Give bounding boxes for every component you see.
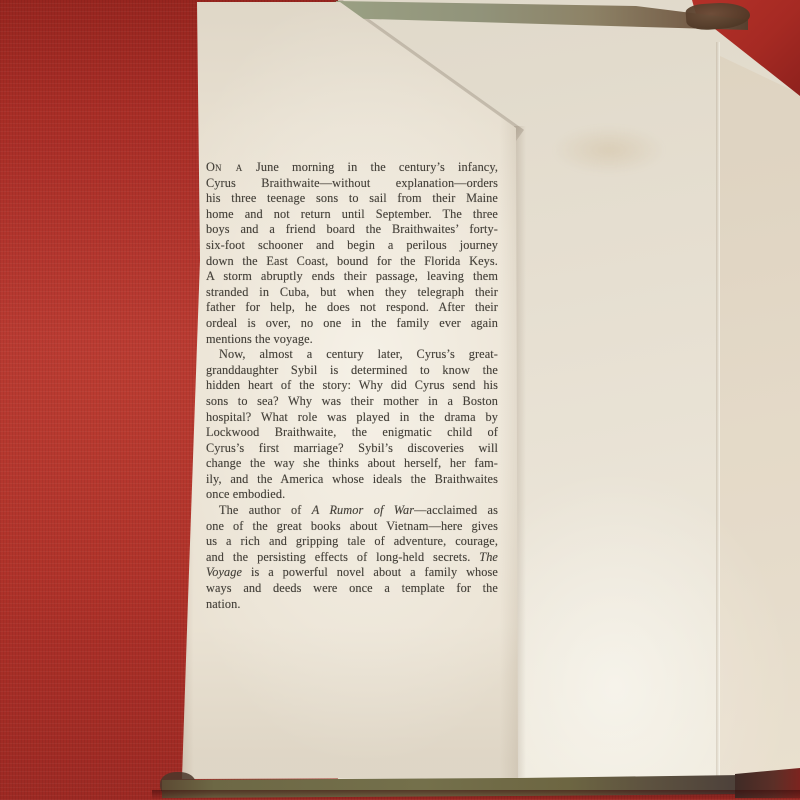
flap-text-line: boys and a friend board the Braithwaites… xyxy=(206,222,498,238)
flap-text-segment: stranded in Cuba, but when they telegrap… xyxy=(206,285,498,299)
flap-text-line: hidden heart of the story: Why did Cyrus… xyxy=(206,378,498,394)
flap-text-line: Cyrus Braithwaite—without explanation—or… xyxy=(206,176,498,192)
flap-text-segment: O xyxy=(206,160,215,174)
flap-text-segment: nation. xyxy=(206,597,241,611)
flap-text-segment: his three teenage sons to sail from thei… xyxy=(206,191,498,205)
flap-text-line: Voyage is a powerful novel about a famil… xyxy=(206,565,498,581)
flap-text-line: one of the great books about Vietnam—her… xyxy=(206,519,498,535)
flap-text-line: granddaughter Sybil is determined to kno… xyxy=(206,363,498,379)
flap-text-line: stranded in Cuba, but when they telegrap… xyxy=(206,285,498,301)
flap-text-segment: and the persisting effects of long-held … xyxy=(206,550,479,564)
flap-text-segment: sons to sea? Why was their mother in a B… xyxy=(206,394,498,408)
flap-text-segment: —acclaimed as xyxy=(414,503,498,517)
flap-text-line: mentions the voyage. xyxy=(206,332,498,348)
photo-scene: On a June morning in the century’s infan… xyxy=(0,0,800,800)
flap-text-line: On a June morning in the century’s infan… xyxy=(206,160,498,176)
flap-text-line: A storm abruptly ends their passage, lea… xyxy=(206,269,498,285)
flap-text-line: us a rich and gripping tale of adventure… xyxy=(206,534,498,550)
flap-text-segment: Cyrus’s first marriage? Sybil’s discover… xyxy=(206,441,498,455)
flap-text-line: and the persisting effects of long-held … xyxy=(206,550,498,566)
jacket-crease-tint xyxy=(720,56,800,778)
flap-text-segment: us a rich and gripping tale of adventure… xyxy=(206,534,498,548)
book-title-italic: Voyage xyxy=(206,565,242,579)
flap-text-segment: hidden heart of the story: Why did Cyrus… xyxy=(206,378,498,392)
book-bottom-shadow xyxy=(152,790,800,800)
flap-text-segment: change the way she thinks about herself,… xyxy=(206,456,498,470)
book-title-italic: The xyxy=(479,550,498,564)
flap-text-segment: down the East Coast, bound for the Flori… xyxy=(206,254,498,268)
book-title-italic: A Rumor of War xyxy=(312,503,414,517)
flap-text-segment: one of the great books about Vietnam—her… xyxy=(206,519,498,533)
flap-text-segment: ily, and the America whose ideals the Br… xyxy=(206,472,498,486)
flap-text-line: father for help, he does not respond. Af… xyxy=(206,300,498,316)
flap-text-segment: Lockwood Braithwaite, the enigmatic chil… xyxy=(206,425,498,439)
flap-text-line: sons to sea? Why was their mother in a B… xyxy=(206,394,498,410)
flap-text-segment: Cyrus Braithwaite—without explanation—or… xyxy=(206,176,498,190)
flap-text-line: six-foot schooner and begin a perilous j… xyxy=(206,238,498,254)
flap-text-line: his three teenage sons to sail from thei… xyxy=(206,191,498,207)
flap-text-segment: granddaughter Sybil is determined to kno… xyxy=(206,363,498,377)
flap-text-segment: n a xyxy=(215,160,243,174)
flap-text-segment: boys and a friend board the Braithwaites… xyxy=(206,222,498,236)
flap-text-segment: once embodied. xyxy=(206,487,285,501)
flap-text-line: nation. xyxy=(206,597,498,613)
flap-text-segment: mentions the voyage. xyxy=(206,332,313,346)
flap-text-segment: father for help, he does not respond. Af… xyxy=(206,300,498,314)
flap-text-segment: is a powerful novel about a family whose xyxy=(242,565,498,579)
flap-text-line: Lockwood Braithwaite, the enigmatic chil… xyxy=(206,425,498,441)
flap-text-segment: June morning in the century’s infancy, xyxy=(243,160,498,174)
flap-text-segment: Now, almost a century later, Cyrus’s gre… xyxy=(219,347,498,361)
paper-stain xyxy=(553,126,665,174)
flap-text-segment: ways and deeds were once a template for … xyxy=(206,581,498,595)
flap-text-segment: home and not return until September. The… xyxy=(206,207,498,221)
jacket-flap-text: On a June morning in the century’s infan… xyxy=(206,160,498,612)
flap-text-segment: A storm abruptly ends their passage, lea… xyxy=(206,269,498,283)
flap-text-line: The author of A Rumor of War—acclaimed a… xyxy=(206,503,498,519)
flap-text-segment: ordeal is over, no one in the family eve… xyxy=(206,316,498,330)
flap-text-line: ways and deeds were once a template for … xyxy=(206,581,498,597)
flap-text-line: home and not return until September. The… xyxy=(206,207,498,223)
jacket-crease xyxy=(716,42,720,778)
flap-text-line: once embodied. xyxy=(206,487,498,503)
flap-text-line: down the East Coast, bound for the Flori… xyxy=(206,254,498,270)
flap-text-line: hospital? What role was played in the dr… xyxy=(206,410,498,426)
flap-text-segment: hospital? What role was played in the dr… xyxy=(206,410,498,424)
flap-text-line: change the way she thinks about herself,… xyxy=(206,456,498,472)
flap-text-line: ily, and the America whose ideals the Br… xyxy=(206,472,498,488)
flap-text-line: Now, almost a century later, Cyrus’s gre… xyxy=(206,347,498,363)
flap-text-line: Cyrus’s first marriage? Sybil’s discover… xyxy=(206,441,498,457)
flap-text-segment: The author of xyxy=(219,503,312,517)
flap-text-segment: six-foot schooner and begin a perilous j… xyxy=(206,238,498,252)
flap-text-line: ordeal is over, no one in the family eve… xyxy=(206,316,498,332)
